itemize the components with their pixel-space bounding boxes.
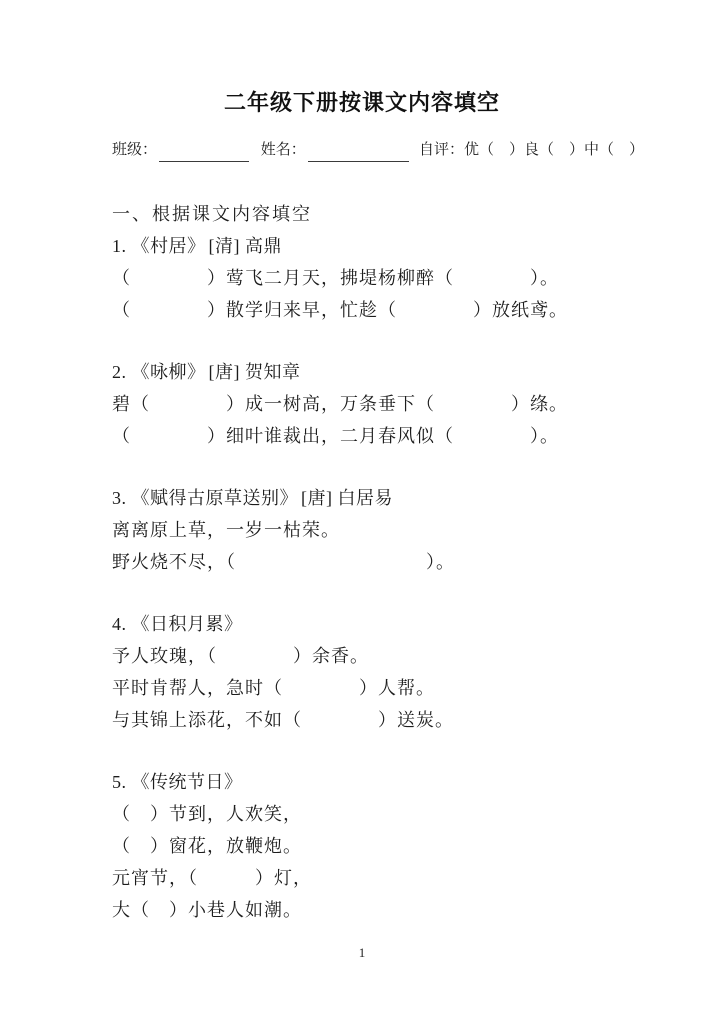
question-lines: 离离原上草，一岁一枯荣。野火烧不尽，（ ）。 <box>112 514 644 578</box>
name-blank-line <box>308 143 409 162</box>
worksheet-page: 二年级下册按课文内容填空 班级： 姓名： 自评：优（ ）良（ ）中（ ） 一、根… <box>0 0 724 1024</box>
question-block: 1.《村居》[清] 高鼎 （ ）莺飞二月天，拂堤杨柳醉（ ）。（ ）散学归来早，… <box>112 230 644 326</box>
question-lines: （ ）莺飞二月天，拂堤杨柳醉（ ）。（ ）散学归来早，忙趁（ ）放纸鸢。 <box>112 262 644 326</box>
question-heading: 1.《村居》[清] 高鼎 <box>112 230 644 262</box>
question-line: （ ）窗花，放鞭炮。 <box>112 830 644 862</box>
question-heading: 3.《赋得古原草送别》[唐] 白居易 <box>112 482 644 514</box>
question-poem-title: 《咏柳》 <box>132 362 206 382</box>
question-poem-title: 《日积月累》 <box>132 614 243 634</box>
question-line: 离离原上草，一岁一枯荣。 <box>112 514 644 546</box>
section-heading: 一、根据课文内容填空 <box>112 198 644 230</box>
question-block: 5.《传统节日》 （ ）节到，人欢笑，（ ）窗花，放鞭炮。元宵节，（ ）灯，大（… <box>112 766 644 926</box>
question-line: （ ）节到，人欢笑， <box>112 798 644 830</box>
question-number: 4. <box>112 614 127 634</box>
question-lines: （ ）节到，人欢笑，（ ）窗花，放鞭炮。元宵节，（ ）灯，大（ ）小巷人如潮。 <box>112 798 644 926</box>
question-line: 与其锦上添花，不如（ ）送炭。 <box>112 704 644 736</box>
question-poem-author: [唐] 贺知章 <box>209 362 301 382</box>
question-poem-title: 《村居》 <box>132 236 206 256</box>
question-heading: 2.《咏柳》[唐] 贺知章 <box>112 356 644 388</box>
question-number: 5. <box>112 772 127 792</box>
question-number: 1. <box>112 236 127 256</box>
student-info-row: 班级： 姓名： 自评：优（ ）良（ ）中（ ） <box>112 138 644 162</box>
question-line: 大（ ）小巷人如潮。 <box>112 894 644 926</box>
question-number: 2. <box>112 362 127 382</box>
class-blank-line <box>159 143 249 162</box>
question-heading: 4.《日积月累》 <box>112 608 644 640</box>
question-line: 平时肯帮人，急时（ ）人帮。 <box>112 672 644 704</box>
question-line: （ ）细叶谁裁出，二月春风似（ ）。 <box>112 420 644 452</box>
question-line: 予人玫瑰，（ ）余香。 <box>112 640 644 672</box>
page-number: 1 <box>0 945 724 961</box>
name-label: 姓名： <box>261 138 306 162</box>
question-lines: 予人玫瑰，（ ）余香。平时肯帮人，急时（ ）人帮。与其锦上添花，不如（ ）送炭。 <box>112 640 644 736</box>
worksheet-content: 班级： 姓名： 自评：优（ ）良（ ）中（ ） 一、根据课文内容填空 1.《村居… <box>0 138 724 926</box>
question-line: 元宵节，（ ）灯， <box>112 862 644 894</box>
question-lines: 碧（ ）成一树高，万条垂下（ ）绦。（ ）细叶谁裁出，二月春风似（ ）。 <box>112 388 644 452</box>
question-poem-title: 《传统节日》 <box>132 772 243 792</box>
question-line: （ ）莺飞二月天，拂堤杨柳醉（ ）。 <box>112 262 644 294</box>
question-line: （ ）散学归来早，忙趁（ ）放纸鸢。 <box>112 294 644 326</box>
class-label: 班级： <box>112 138 157 162</box>
question-block: 4.《日积月累》 予人玫瑰，（ ）余香。平时肯帮人，急时（ ）人帮。与其锦上添花… <box>112 608 644 736</box>
page-title: 二年级下册按课文内容填空 <box>0 88 724 118</box>
question-number: 3. <box>112 488 127 508</box>
questions: 1.《村居》[清] 高鼎 （ ）莺飞二月天，拂堤杨柳醉（ ）。（ ）散学归来早，… <box>112 230 644 926</box>
question-poem-author: [清] 高鼎 <box>209 236 283 256</box>
question-block: 3.《赋得古原草送别》[唐] 白居易 离离原上草，一岁一枯荣。野火烧不尽，（ ）… <box>112 482 644 578</box>
question-line: 野火烧不尽，（ ）。 <box>112 546 644 578</box>
question-poem-author: [唐] 白居易 <box>301 488 393 508</box>
question-block: 2.《咏柳》[唐] 贺知章 碧（ ）成一树高，万条垂下（ ）绦。（ ）细叶谁裁出… <box>112 356 644 452</box>
question-heading: 5.《传统节日》 <box>112 766 644 798</box>
question-poem-title: 《赋得古原草送别》 <box>132 488 299 508</box>
question-line: 碧（ ）成一树高，万条垂下（ ）绦。 <box>112 388 644 420</box>
self-eval-label: 自评：优（ ）良（ ）中（ ） <box>419 138 644 162</box>
